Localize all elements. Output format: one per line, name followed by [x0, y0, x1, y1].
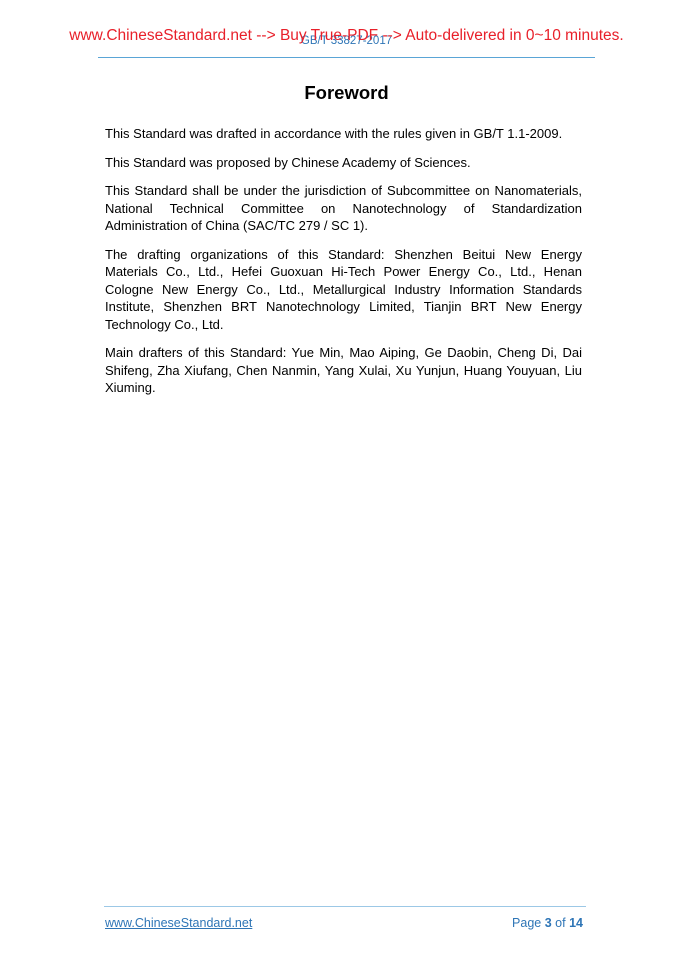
header-divider: [98, 57, 595, 58]
paragraph-drafting-rules: This Standard was drafted in accordance …: [105, 125, 582, 143]
of-label: of: [555, 916, 565, 930]
footer-divider: [104, 906, 586, 907]
paragraph-proposed-by: This Standard was proposed by Chinese Ac…: [105, 154, 582, 172]
foreword-body: This Standard was drafted in accordance …: [105, 125, 582, 408]
page-number: Page 3 of 14: [512, 916, 583, 930]
paragraph-jurisdiction: This Standard shall be under the jurisdi…: [105, 182, 582, 235]
promo-banner[interactable]: www.ChineseStandard.net --> Buy True-PDF…: [0, 27, 693, 45]
paragraph-drafting-organizations: The drafting organizations of this Stand…: [105, 246, 582, 334]
footer-website-link[interactable]: www.ChineseStandard.net: [105, 916, 252, 930]
paragraph-main-drafters: Main drafters of this Standard: Yue Min,…: [105, 344, 582, 397]
total-pages: 14: [569, 916, 583, 930]
current-page: 3: [545, 916, 552, 930]
page-title: Foreword: [0, 82, 693, 104]
page-label: Page: [512, 916, 541, 930]
